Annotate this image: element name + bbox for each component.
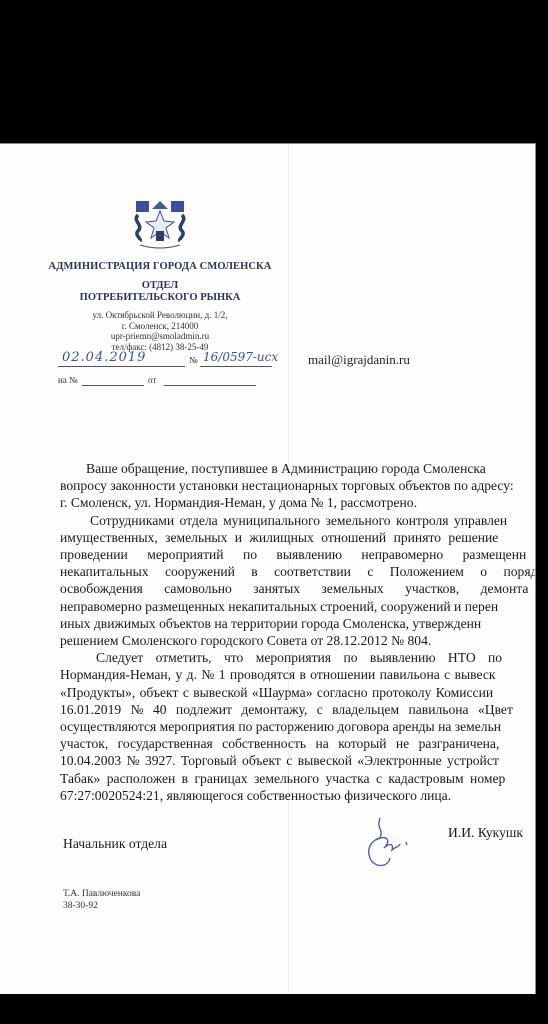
- recipient-email: mail@igrajdanin.ru: [308, 352, 410, 368]
- letterhead-contacts: ул. Октябрьской Революции, д. 1/2, г. См…: [30, 310, 290, 352]
- body-line: участок, государственная собственность н…: [0, 735, 536, 752]
- body-line: Ваше обращение, поступившее в Администра…: [0, 460, 536, 477]
- signatory-title: Начальник отдела: [63, 836, 167, 852]
- body-line: 67:27:0020524:21, являющегося собственно…: [0, 787, 536, 804]
- body-line: «Продукты», объект с вывеской «Шаурма» с…: [0, 684, 536, 701]
- body-line: иных движимых объектов на территории гор…: [0, 615, 536, 632]
- body-line: решением Смоленского городского Совета о…: [0, 632, 536, 649]
- paragraph-3: Следует отметить, что мероприятия по выя…: [0, 649, 536, 804]
- outgoing-date: 02.04.2019: [62, 350, 146, 365]
- address-line-1: ул. Октябрьской Революции, д. 1/2,: [30, 310, 290, 321]
- body-line: имущественных, земельных и жилищных отно…: [0, 529, 536, 546]
- number-underline: [200, 366, 272, 367]
- outgoing-number: 16/0597-исх: [203, 350, 278, 364]
- executor-name: Т.А. Павлюченкова: [63, 888, 140, 900]
- body-line: освобождения самовольно занятых земельны…: [0, 580, 536, 597]
- reply-number-underline: [82, 385, 144, 386]
- handwritten-signature-icon: [362, 814, 417, 874]
- body-line: осуществляются мероприятия по расторжени…: [0, 718, 536, 735]
- body-line: Сотрудниками отдела муниципального земел…: [0, 512, 536, 529]
- number-label: №: [189, 355, 198, 365]
- from-label: от: [148, 375, 156, 385]
- department-name: ОТДЕЛ ПОТРЕБИТЕЛЬСКОГО РЫНКА: [30, 280, 290, 304]
- smolensk-coat-of-arms-icon: [130, 195, 190, 255]
- signatory-name: И.И. Кукушк: [448, 825, 523, 841]
- organization-name: АДМИНИСТРАЦИЯ ГОРОДА СМОЛЕНСКА: [30, 261, 290, 272]
- reply-to-label: на №: [58, 375, 78, 385]
- body-line: проведении мероприятий по выявлению непр…: [0, 546, 536, 563]
- body-line: неправомерно размещенных некапитальных с…: [0, 598, 536, 615]
- body-line: 10.04.2003 № 3927. Торговый объект с выв…: [0, 752, 536, 769]
- department-line-1: ОТДЕЛ: [30, 280, 290, 292]
- body-line: 16.01.2019 № 40 подлежит демонтажу, с вл…: [0, 701, 536, 718]
- executor-phone: 38-30-92: [63, 900, 140, 912]
- body-line: Нормандия-Неман, у д. № 1 проводятся в о…: [0, 666, 536, 683]
- body-line: некапитальных сооружений в соответствии …: [0, 563, 536, 580]
- letterhead-email: upr-priemn@smoladmin.ru: [30, 331, 290, 342]
- letter-body: Ваше обращение, поступившее в Администра…: [0, 460, 536, 804]
- body-line: Следует отметить, что мероприятия по выя…: [0, 649, 536, 666]
- body-line: Табак» расположен в границах земельного …: [0, 770, 536, 787]
- date-underline: [58, 366, 185, 367]
- paragraph-1: Ваше обращение, поступившее в Администра…: [0, 460, 536, 512]
- department-line-2: ПОТРЕБИТЕЛЬСКОГО РЫНКА: [30, 292, 290, 304]
- address-line-2: г. Смоленск, 214000: [30, 321, 290, 332]
- executor-info: Т.А. Павлюченкова 38-30-92: [63, 888, 140, 912]
- body-line: г. Смоленск, ул. Нормандия-Неман, у дома…: [0, 494, 536, 511]
- body-line: вопросу законности установки нестационар…: [0, 477, 536, 494]
- from-date-underline: [164, 385, 256, 386]
- letter-page: АДМИНИСТРАЦИЯ ГОРОДА СМОЛЕНСКА ОТДЕЛ ПОТ…: [0, 143, 536, 994]
- paragraph-2: Сотрудниками отдела муниципального земел…: [0, 512, 536, 650]
